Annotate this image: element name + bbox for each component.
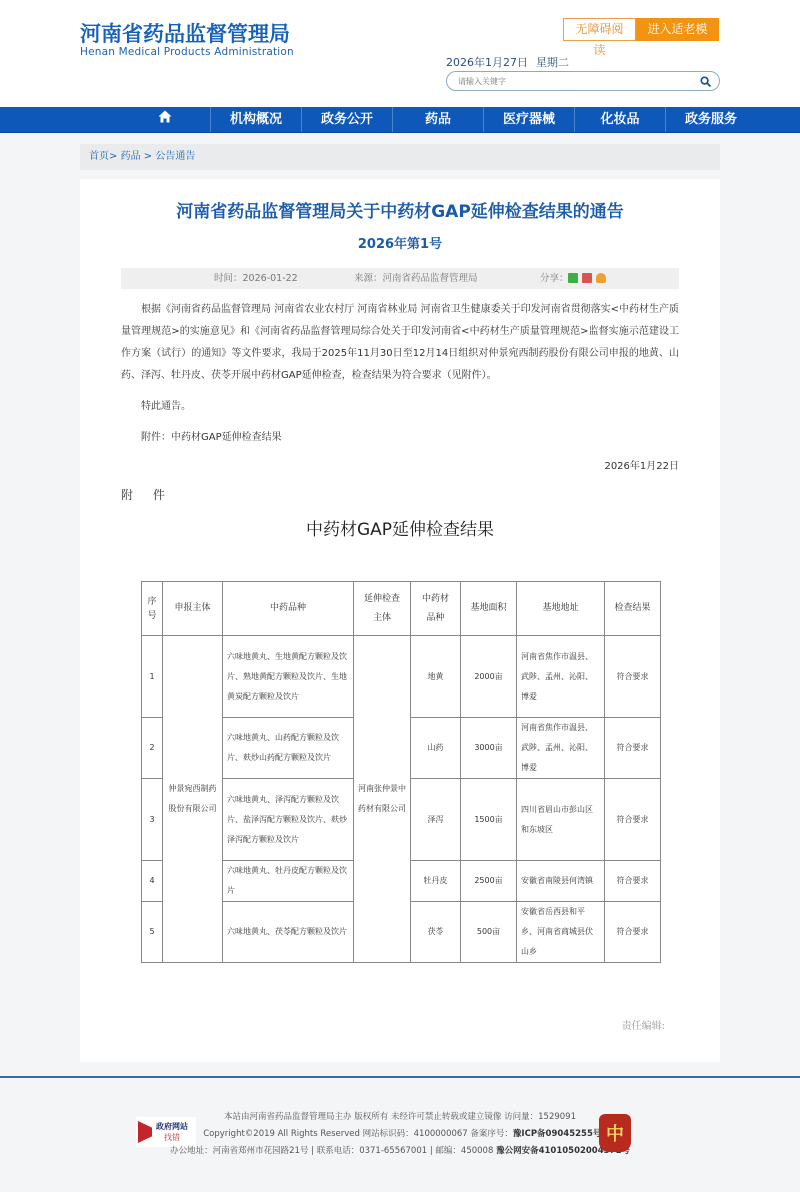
footer-line-copyright-owner: 本站由河南省药品监督管理局主办 版权所有 未经许可禁止转载或建立镜像 访问量：1…	[0, 1109, 800, 1126]
cell-no: 1	[142, 636, 163, 718]
responsible-editor: 责任编辑:	[622, 1017, 665, 1032]
cell-varieties: 六味地黄丸、山药配方颗粒及饮片、麸炒山药配方颗粒及饮片	[223, 718, 354, 779]
header-area: 基地面积	[461, 582, 517, 636]
nav-item-medical-devices[interactable]: 医疗器械	[483, 107, 574, 132]
header-result: 检查结果	[605, 582, 661, 636]
cell-herb: 茯苓	[411, 902, 461, 963]
body-paragraph: 根据《河南省药品监督管理局 河南省农业农村厅 河南省林业局 河南省卫生健康委关于…	[121, 299, 679, 387]
cell-area: 2500亩	[461, 861, 517, 902]
home-icon	[158, 107, 172, 133]
cell-result: 符合要求	[605, 779, 661, 861]
nav-item-gov-services[interactable]: 政务服务	[665, 107, 756, 132]
footer-info: 本站由河南省药品监督管理局主办 版权所有 未经许可禁止转载或建立镜像 访问量：1…	[0, 1109, 800, 1160]
cell-area: 1500亩	[461, 779, 517, 861]
accessibility-reading-button[interactable]: 无障碍阅读	[563, 18, 636, 41]
share-label: 分享：	[540, 268, 569, 289]
cell-varieties: 六味地黄丸、生地黄配方颗粒及饮片、熟地黄配方颗粒及饮片、生地黄炭配方颗粒及饮片	[223, 636, 354, 718]
cell-no: 5	[142, 902, 163, 963]
breadcrumb-notices[interactable]: 公告通告	[155, 151, 195, 162]
cell-applicant: 仲景宛西制药股份有限公司	[163, 636, 223, 963]
breadcrumb-drugs[interactable]: 药品	[121, 151, 141, 162]
breadcrumb-separator: >	[141, 151, 156, 162]
logo-english: Henan Medical Products Administration	[80, 46, 294, 58]
table-header-row: 序号 申报主体 中药品种 延伸检查主体 中药材品种 基地面积 基地地址 检查结果	[142, 582, 661, 636]
search-input[interactable]	[458, 77, 695, 86]
cell-area: 2000亩	[461, 636, 517, 718]
current-date: 2026年1月27日星期二	[446, 54, 577, 70]
cell-address: 安徽省南陵县何湾镇	[517, 861, 605, 902]
cell-result: 符合要求	[605, 718, 661, 779]
cell-address: 河南省焦作市温县、武陟、孟州、沁阳、博爱	[517, 636, 605, 718]
article-source: 来源：河南省药品监督管理局	[354, 268, 478, 289]
cell-area: 500亩	[461, 902, 517, 963]
breadcrumb-separator: >	[109, 151, 117, 162]
breadcrumb-home[interactable]: 首页	[89, 151, 109, 162]
date-text: 2026年1月27日	[446, 56, 528, 69]
search-box	[446, 71, 720, 91]
elder-mode-button[interactable]: 进入适老模式	[636, 18, 719, 41]
nav-item-cosmetics[interactable]: 化妆品	[574, 107, 665, 132]
cell-address: 四川省眉山市彭山区和东坡区	[517, 779, 605, 861]
footer-line-address: 办公地址：河南省郑州市花园路21号 | 联系电话：0371-65567001 |…	[0, 1143, 800, 1160]
publish-time: 时间：2026-01-22	[214, 268, 298, 289]
cell-address: 安徽省岳西县和平乡、河南省商城县伏山乡	[517, 902, 605, 963]
header-applicant: 申报主体	[163, 582, 223, 636]
sign-date: 2026年1月22日	[604, 457, 679, 472]
footer-line-icp: Copyright©2019 All Rights Reserved 网站标识码…	[0, 1126, 800, 1143]
search-icon[interactable]	[695, 72, 715, 90]
cell-varieties: 六味地黄丸、牡丹皮配方颗粒及饮片	[223, 861, 354, 902]
header-varieties: 中药品种	[223, 582, 354, 636]
cell-herb: 泽泻	[411, 779, 461, 861]
header-address: 基地地址	[517, 582, 605, 636]
cell-herb: 山药	[411, 718, 461, 779]
cell-varieties: 六味地黄丸、泽泻配方颗粒及饮片、盐泽泻配方颗粒及饮片、麸炒泽泻配方颗粒及饮片	[223, 779, 354, 861]
attachment-heading: 附 件	[121, 486, 173, 503]
cell-address: 河南省焦作市温县、武陟、孟州、沁阳、博爱	[517, 718, 605, 779]
nav-item-drugs[interactable]: 药品	[392, 107, 483, 132]
article-body: 根据《河南省药品监督管理局 河南省农业农村厅 河南省林业局 河南省卫生健康委关于…	[121, 299, 679, 449]
cell-area: 3000亩	[461, 718, 517, 779]
cell-no: 4	[142, 861, 163, 902]
mode-buttons: 无障碍阅读 进入适老模式	[563, 18, 719, 41]
cell-no: 3	[142, 779, 163, 861]
cell-inspected-entity: 河南张仲景中药材有限公司	[354, 636, 411, 963]
header-inspected-entity: 延伸检查主体	[354, 582, 411, 636]
qq-share-icon[interactable]	[596, 273, 606, 283]
article-title: 河南省药品监督管理局关于中药材GAP延伸检查结果的通告	[80, 197, 720, 222]
nav-item-about[interactable]: 机构概况	[210, 107, 301, 132]
nav-item-gov-affairs[interactable]: 政务公开	[301, 107, 392, 132]
nav-item-home[interactable]	[120, 107, 210, 132]
inspection-results-table: 序号 申报主体 中药品种 延伸检查主体 中药材品种 基地面积 基地地址 检查结果…	[141, 581, 661, 963]
cell-varieties: 六味地黄丸、茯苓配方颗粒及饮片	[223, 902, 354, 963]
cell-no: 2	[142, 718, 163, 779]
cell-herb: 地黄	[411, 636, 461, 718]
weibo-share-icon[interactable]	[582, 273, 592, 283]
cell-result: 符合要求	[605, 636, 661, 718]
site-header: 河南省药品监督管理局 Henan Medical Products Admini…	[0, 0, 800, 107]
site-footer: 政府网站 找错 本站由河南省药品监督管理局主办 版权所有 未经许可禁止转载或建立…	[0, 1076, 800, 1190]
wechat-share-icon[interactable]	[568, 273, 578, 283]
cell-herb: 牡丹皮	[411, 861, 461, 902]
table-row: 1 仲景宛西制药股份有限公司 六味地黄丸、生地黄配方颗粒及饮片、熟地黄配方颗粒及…	[142, 636, 661, 718]
site-logo[interactable]: 河南省药品监督管理局 Henan Medical Products Admini…	[80, 22, 294, 58]
attachment-link[interactable]: 附件：中药材GAP延伸检查结果	[121, 427, 679, 449]
header-herb: 中药材品种	[411, 582, 461, 636]
breadcrumb: 首页> 药品 > 公告通告	[80, 144, 720, 170]
article-meta-bar: 时间：2026-01-22 来源：河南省药品监督管理局 分享：	[121, 268, 679, 289]
weekday-text: 星期二	[536, 56, 569, 69]
article-panel: 河南省药品监督管理局关于中药材GAP延伸检查结果的通告 2026年第1号 时间：…	[80, 179, 720, 1062]
logo-chinese: 河南省药品监督管理局	[80, 22, 294, 46]
article-number: 2026年第1号	[80, 233, 720, 252]
header-no: 序号	[142, 582, 163, 636]
party-gov-agency-badge-icon[interactable]: 中	[599, 1114, 631, 1152]
cell-result: 符合要求	[605, 902, 661, 963]
attachment-title: 中药材GAP延伸检查结果	[80, 515, 720, 540]
main-nav: 机构概况 政务公开 药品 医疗器械 化妆品 政务服务	[0, 107, 800, 133]
cell-result: 符合要求	[605, 861, 661, 902]
body-paragraph: 特此通告。	[121, 396, 679, 418]
share-icons	[568, 273, 606, 283]
